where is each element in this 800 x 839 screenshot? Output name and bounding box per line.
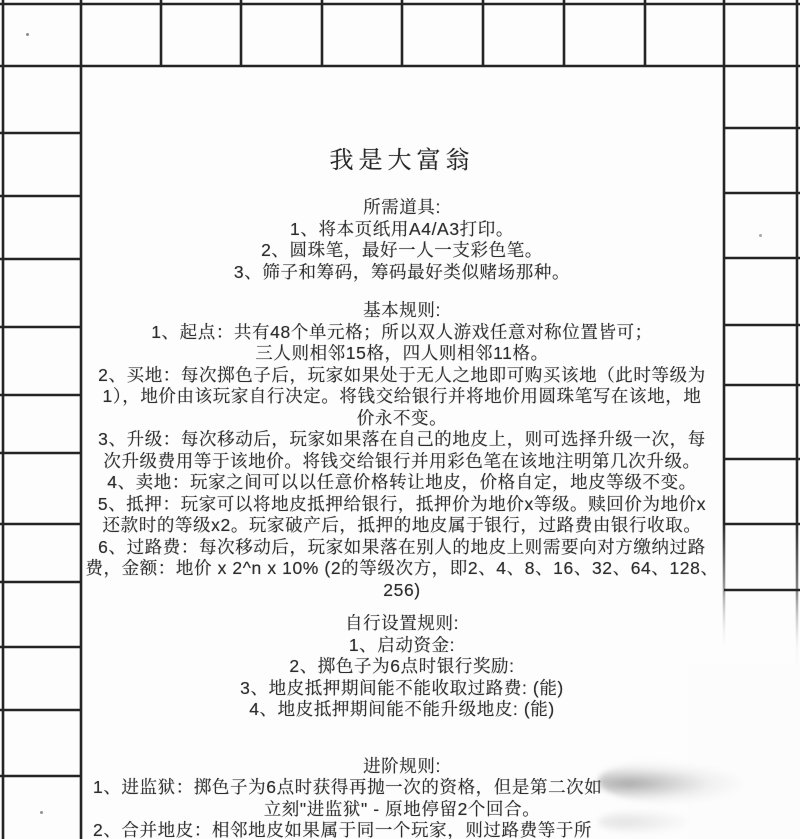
rules-sections: 所需道具:1、将本页纸用A4/A3打印。2、圆珠笔，最好一人一支彩色笔。3、筛子… — [84, 197, 720, 839]
ink-dot — [759, 234, 762, 237]
rule-line: 三人则相邻15格，四人则相邻11格。 — [84, 343, 720, 365]
rule-line: 3、筛子和筹码，筹码最好类似赌场那种。 — [84, 262, 720, 284]
rules-section: 基本规则:1、起点：共有48个单元格；所以双人游戏任意对称位置皆可；三人则相邻1… — [84, 300, 720, 601]
section-heading: 自行设置规则: — [84, 613, 720, 635]
rule-line: 256) — [84, 580, 720, 602]
rules-section: 自行设置规则:1、启动资金:2、掷色子为6点时银行奖励:3、地皮抵押期间能不能收… — [84, 613, 720, 721]
rule-line: 价永不变。 — [84, 408, 720, 430]
rule-line: 2、买地：每次掷色子后，玩家如果处于无人之地即可购买该地（此时等级为 — [84, 365, 720, 387]
monopoly-board-page: 我是大富翁 所需道具:1、将本页纸用A4/A3打印。2、圆珠笔，最好一人一支彩色… — [0, 0, 800, 839]
rule-line: 2、掷色子为6点时银行奖励: — [84, 656, 720, 678]
rules-section: 所需道具:1、将本页纸用A4/A3打印。2、圆珠笔，最好一人一支彩色笔。3、筛子… — [84, 197, 720, 283]
section-heading: 基本规则: — [84, 300, 720, 322]
photo-smudge — [598, 810, 688, 834]
rule-line: 还款时的等级x2。玩家破产后，抵押的地皮属于银行，过路费由银行收取。 — [84, 515, 720, 537]
rule-line: 3、升级：每次移动后，玩家如果落在自己的地皮上，则可选择升级一次，每 — [84, 429, 720, 451]
rule-line: 4、地皮抵押期间能不能升级地皮: (能) — [84, 699, 720, 721]
rules-text: 我是大富翁 所需道具:1、将本页纸用A4/A3打印。2、圆珠笔，最好一人一支彩色… — [84, 144, 720, 839]
ink-dot — [40, 811, 43, 814]
rule-line: 5、抵押：玩家可以将地皮抵押给银行，抵押价为地价x等级。赎回价为地价x — [84, 494, 720, 516]
rule-line: 1、启动资金: — [84, 635, 720, 657]
page-title: 我是大富翁 — [84, 144, 720, 178]
rule-line: 6、过路费：每次移动后，玩家如果落在别人的地皮上则需要向对方缴纳过路 — [84, 537, 720, 559]
section-heading: 所需道具: — [84, 197, 720, 219]
photo-smudge — [598, 757, 790, 805]
rule-line: 4、卖地：玩家之间可以以任意价格转让地皮，价格自定，地皮等级不变。 — [84, 472, 720, 494]
rule-line: 1、将本页纸用A4/A3打印。 — [84, 219, 720, 241]
rule-line: 次升级费用等于该地价。将钱交给银行并用彩色笔在该地注明第几次升级。 — [84, 451, 720, 473]
rule-line: 1、起点：共有48个单元格；所以双人游戏任意对称位置皆可； — [84, 322, 720, 344]
rule-line: 费，金额：地价 x 2^n x 10% (2的等级次方，即2、4、8、16、32… — [84, 558, 720, 580]
rule-line: 2、圆珠笔，最好一人一支彩色笔。 — [84, 240, 720, 262]
ink-dot — [26, 33, 29, 36]
rule-line: 3、地皮抵押期间能不能收取过路费: (能) — [84, 678, 720, 700]
rule-line: 1），地价由该玩家自行决定。将钱交给银行并将地价用圆珠笔写在该地，地 — [84, 386, 720, 408]
